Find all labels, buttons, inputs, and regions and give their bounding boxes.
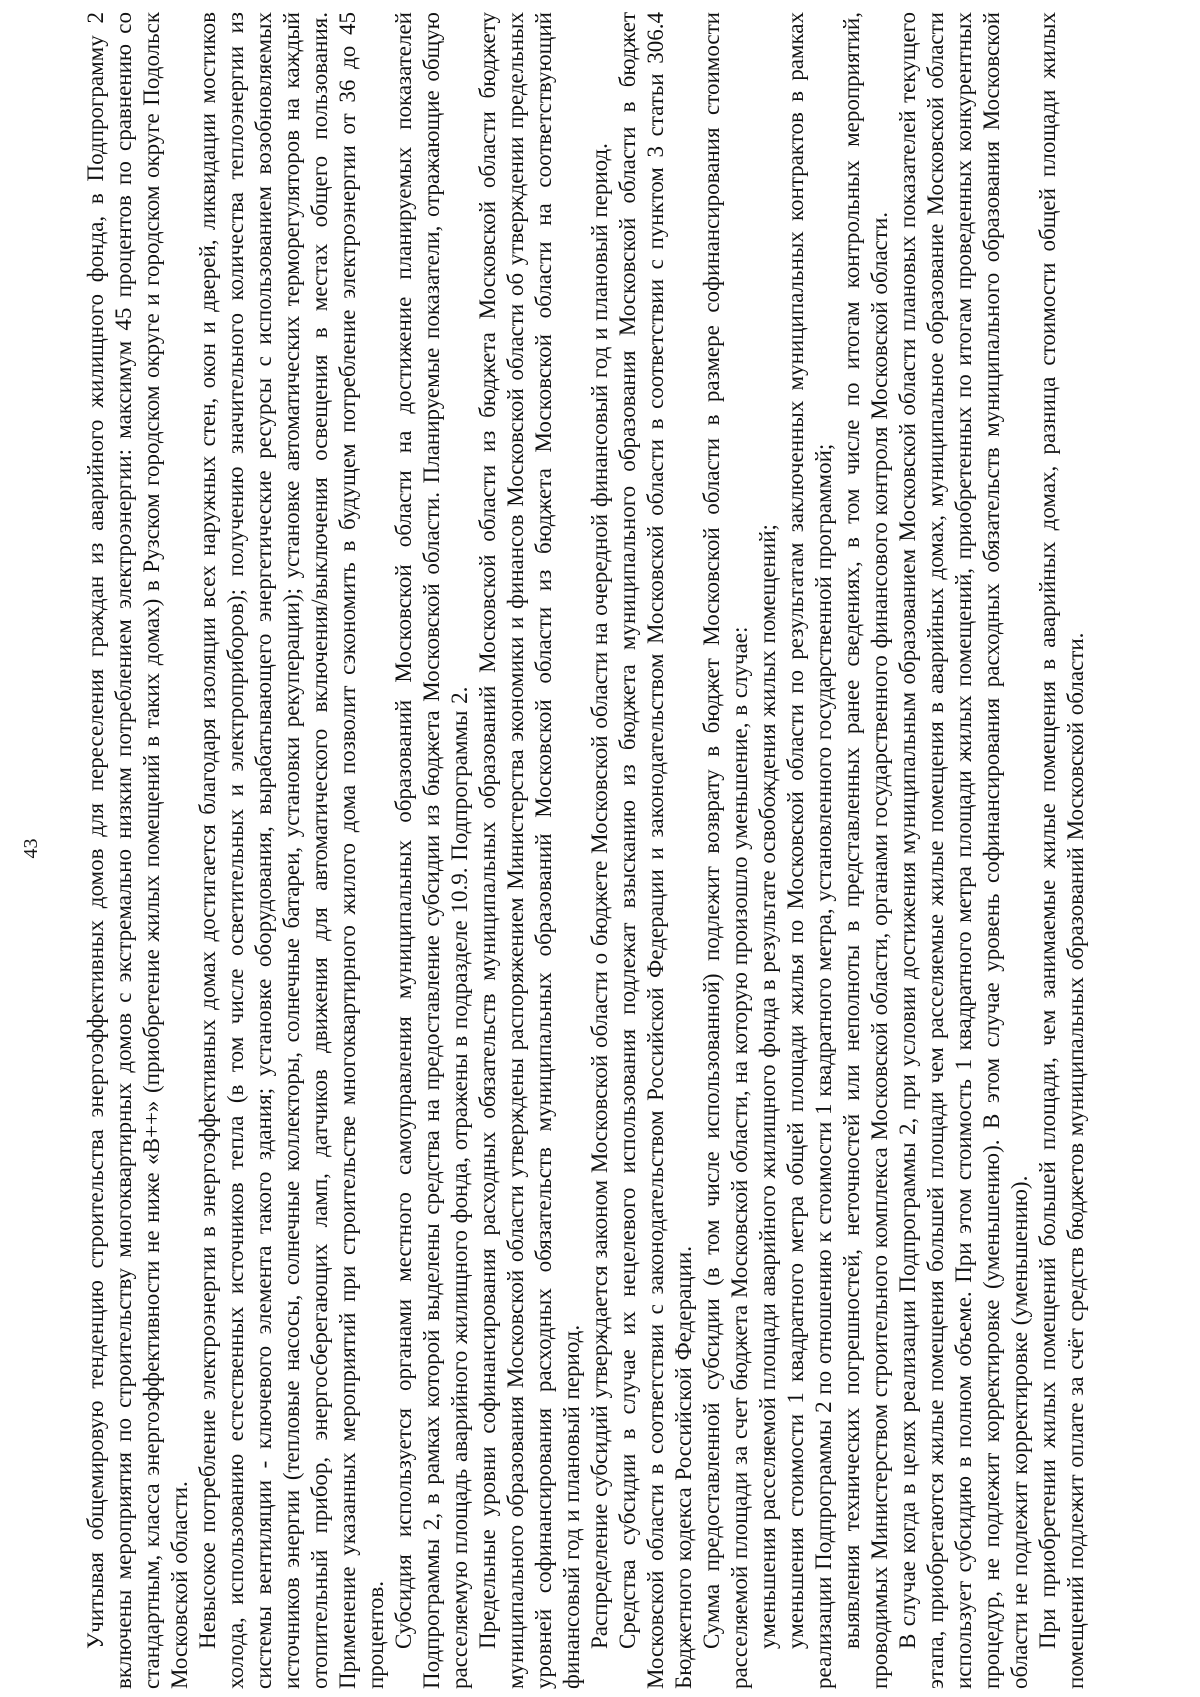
paragraph: В случае когда в целях реализации Подпро… <box>894 12 1034 1689</box>
paragraph: Сумма предоставленной субсидии (в том чи… <box>698 12 754 1689</box>
paragraph: уменьшения стоимости 1 квадратного метра… <box>782 12 838 1689</box>
paragraph: Средства субсидии в случае их нецелевого… <box>614 12 698 1689</box>
paragraph: Субсидия используется органами местного … <box>390 12 474 1689</box>
paragraph: Распределение субсидий утверждается зако… <box>586 12 614 1689</box>
paragraph: При приобретении жилых помещений большей… <box>1034 12 1090 1689</box>
rotated-text-block: 43 Учитывая общемировую тенденцию строит… <box>0 0 1200 1697</box>
paragraph: Предельные уровни софинансирования расхо… <box>474 12 586 1689</box>
paragraph: выявления технических погрешностей, нето… <box>838 12 894 1689</box>
paragraph: уменьшения расселяемой площади аварийног… <box>754 12 782 1689</box>
document-body: Учитывая общемировую тенденцию строитель… <box>82 12 1090 1689</box>
paragraph: Невысокое потребление электроэнергии в э… <box>194 12 390 1689</box>
document-page: 43 Учитывая общемировую тенденцию строит… <box>0 0 1200 1697</box>
page-number: 43 <box>20 0 43 1697</box>
paragraph: Учитывая общемировую тенденцию строитель… <box>82 12 194 1689</box>
